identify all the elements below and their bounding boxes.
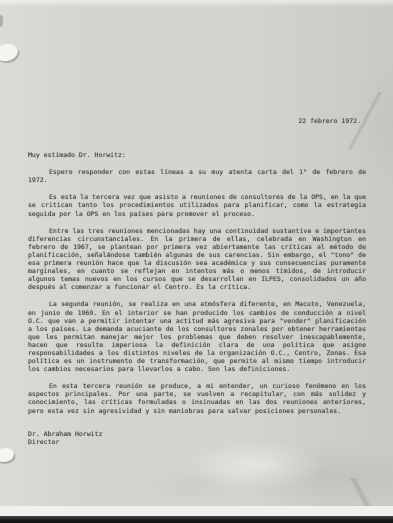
letter-salutation: Muy estimado Dr. Horwitz: — [28, 151, 366, 159]
signature-block: Dr. Abraham Horwitz Director — [28, 430, 366, 446]
letter-paragraph-1: Espero responder con estas líneas a su m… — [28, 168, 366, 184]
scanned-letter-page: 22 febrero 1972. Muy estimado Dr. Horwit… — [0, 0, 393, 523]
letter-paragraph-2: Es esta la tercera vez que asisto a reun… — [28, 193, 366, 217]
paper-tear-bottom — [0, 447, 15, 464]
letter-date: 22 febrero 1972. — [28, 117, 366, 125]
letter-body: 22 febrero 1972. Muy estimado Dr. Horwit… — [28, 117, 366, 446]
letter-paragraph-3: Entre las tres reuniones mencionadas hay… — [28, 227, 366, 292]
letter-paragraph-5: En esta tercera reunión se produce, a mi… — [28, 382, 366, 414]
scan-paper-bottom-edge — [0, 506, 393, 516]
signature-name: Dr. Abraham Horwitz — [28, 430, 366, 438]
scanner-background-band — [0, 516, 393, 523]
paper-edge-mark — [0, 15, 3, 27]
signature-title: Director — [28, 438, 366, 446]
letter-paragraph-4: La segunda reunión, se realiza en una at… — [28, 300, 366, 373]
paper-tear-top — [0, 41, 20, 63]
